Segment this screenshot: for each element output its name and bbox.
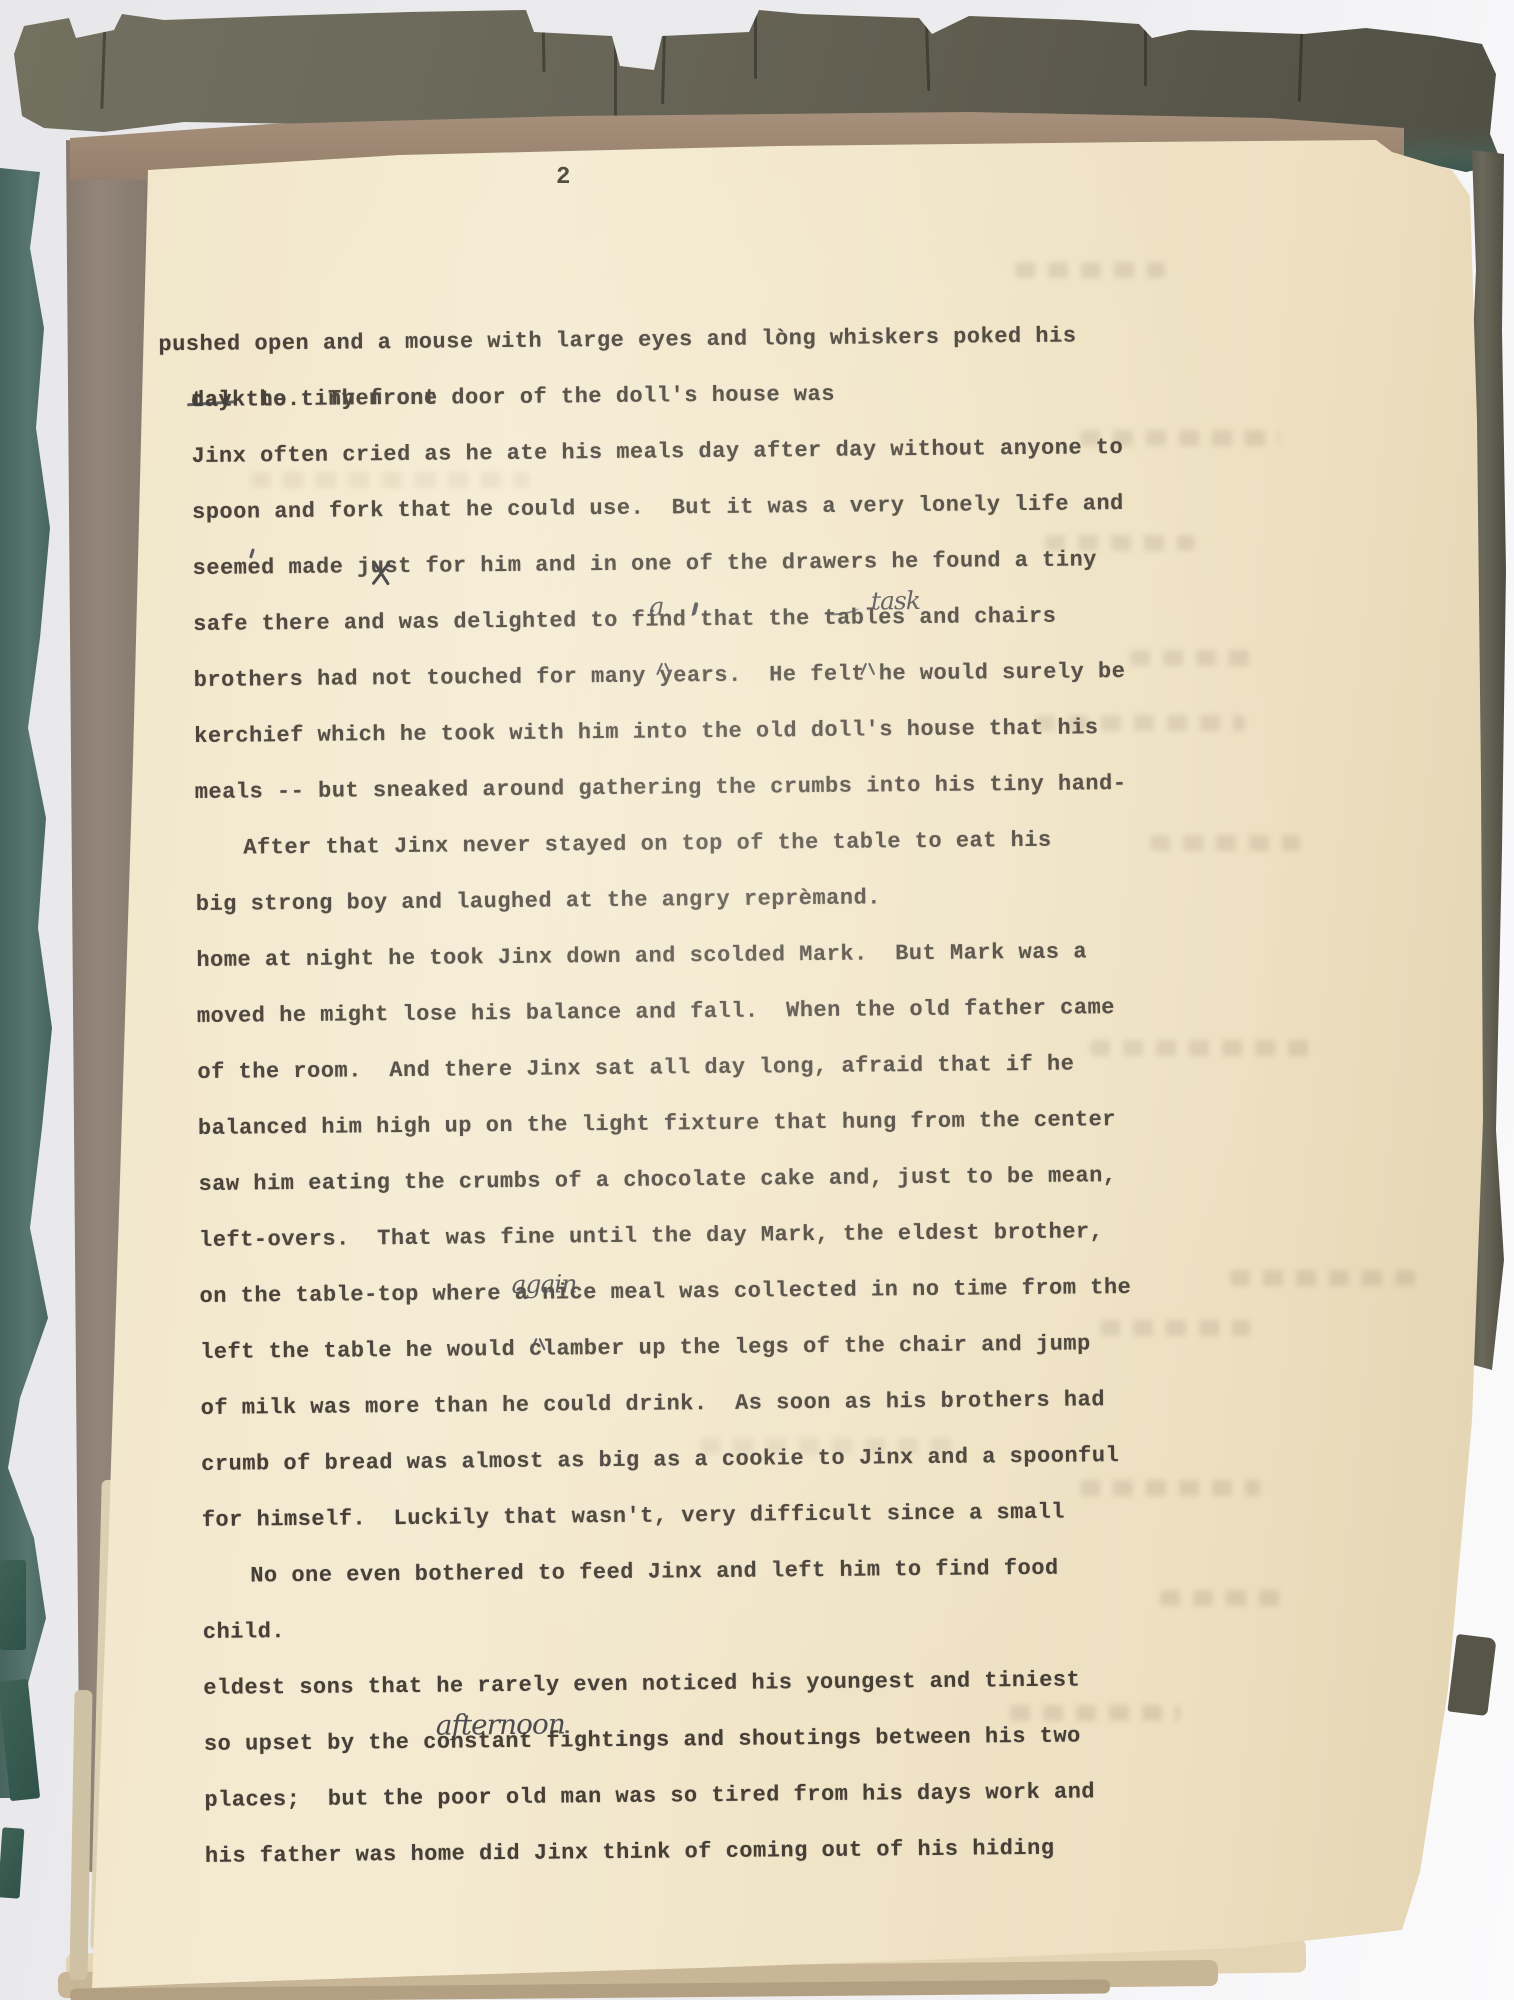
caret-icon <box>860 662 876 675</box>
ghost-text-bleed <box>1230 1270 1420 1286</box>
ghost-text-bleed <box>1080 1480 1260 1496</box>
caret-icon <box>530 1338 546 1351</box>
pencil-insert-again: again <box>511 1269 576 1299</box>
typed-text: pushed open and a mouse with large eyes … <box>190 285 1196 1954</box>
pen-comma-mark <box>691 602 698 617</box>
pen-x-mark <box>369 559 393 587</box>
typed-line: spoon and fork that he could use. But it… <box>192 475 1182 541</box>
cover-tear-mark <box>925 16 931 91</box>
ghost-text-bleed <box>1100 1320 1250 1336</box>
ghost-text-bleed <box>1150 835 1300 851</box>
typed-line: places; but the poor old man was so tire… <box>204 1763 1194 1829</box>
typed-line: Jinx often cried as he ate his meals day… <box>191 419 1181 485</box>
ghost-text-bleed <box>700 1438 960 1454</box>
typed-line: for himself. Luckily that wasn't, very d… <box>201 1483 1191 1549</box>
pencil-insert-task: task <box>871 586 920 615</box>
pencil-insert-a: a <box>649 592 664 622</box>
photo-of-manuscript: 2 pushed open and a mouse with large eye… <box>0 0 1514 2000</box>
typed-line: pushed open and a mouse with large eyes … <box>158 307 1180 373</box>
ghost-text-bleed <box>1090 1040 1310 1056</box>
ghost-text-bleed <box>1015 262 1165 278</box>
typed-line: of milk was more than he could drink. As… <box>200 1371 1190 1437</box>
ghost-text-bleed <box>1045 535 1195 551</box>
ghost-text-bleed <box>1035 715 1245 731</box>
ghost-text-bleed <box>1010 1705 1180 1721</box>
typed-line: child. <box>203 1595 1193 1661</box>
cover-tear-mark <box>100 14 106 109</box>
page-number: 2 <box>556 166 571 190</box>
ghost-text-bleed <box>250 472 530 488</box>
caret-icon <box>656 662 672 675</box>
typed-line: kerchief which he took with him into the… <box>194 699 1184 765</box>
stray-pen-mark <box>249 548 255 558</box>
cover-tear-mark <box>541 12 545 72</box>
typed-line: moved he might lose his balance and fall… <box>197 979 1187 1045</box>
typed-line: on the table-top where a nice meal was c… <box>199 1259 1189 1325</box>
pencil-insert-afternoon: afternoon <box>436 1707 565 1741</box>
typed-line: his father was home did Jinx think of co… <box>205 1819 1195 1885</box>
struck-word: day <box>191 373 233 429</box>
cover-tear-mark <box>1298 32 1303 102</box>
typed-line: so upset by the constant fightings and s… <box>204 1707 1194 1773</box>
typed-line: eldest sons that he rarely even noticed … <box>203 1651 1193 1717</box>
ghost-text-bleed <box>1160 1590 1290 1606</box>
typed-line: talk to. Then one day the tiny front doo… <box>191 363 1181 429</box>
folder-cover-fragment <box>0 1560 26 1650</box>
folder-cover-fragment <box>1447 1634 1496 1716</box>
typed-line: left-overs. That was fine until the day … <box>199 1203 1189 1269</box>
typed-line: safe there and was delighted to find tha… <box>193 587 1183 653</box>
folder-cover-left-edge <box>0 168 64 1798</box>
typed-line: No one even bothered to feed Jinx and le… <box>202 1539 1192 1605</box>
typed-line: meals -- but sneaked around gathering th… <box>195 755 1185 821</box>
cover-tear-mark <box>661 34 666 104</box>
ghost-text-bleed <box>1080 430 1280 446</box>
cover-tear-mark <box>614 34 617 119</box>
typed-line: crumb of bread was almost as big as a co… <box>201 1427 1191 1493</box>
typed-line: saw him eating the crumbs of a chocolate… <box>198 1147 1188 1213</box>
pen-squiggle-mark <box>823 602 860 617</box>
cover-tear-mark <box>754 9 757 79</box>
typed-line: brothers had not touched for many years.… <box>193 643 1183 709</box>
page-stack-edge <box>69 1690 92 1980</box>
typed-line: left the table he would clamber up the l… <box>200 1315 1190 1381</box>
folder-cover-fragment <box>0 1827 24 1898</box>
typed-line: After that Jinx never stayed on top of t… <box>195 811 1185 877</box>
manuscript-page: 2 pushed open and a mouse with large eye… <box>0 0 1514 2000</box>
typed-line: of the room. And there Jinx sat all day … <box>197 1035 1187 1101</box>
cover-tear-mark <box>1144 26 1147 86</box>
ghost-text-bleed <box>1130 650 1260 666</box>
typed-line: big strong boy and laughed at the angry … <box>196 867 1186 933</box>
typed-line: home at night he took Jinx down and scol… <box>196 923 1186 989</box>
typed-line: balanced him high up on the light fixtur… <box>198 1091 1188 1157</box>
typed-line: seemed made just for him and in one of t… <box>192 531 1182 597</box>
